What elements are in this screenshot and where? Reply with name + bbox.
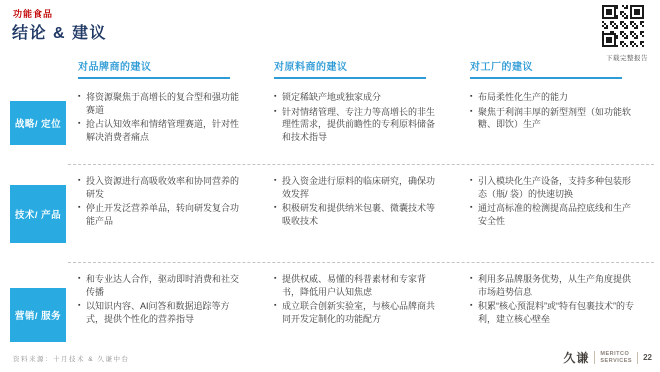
bullet-item: 提供权威、易懂的科普素材和专家背书，降低用户认知焦虑 [274, 273, 440, 298]
bullet-item: 通过高标准的检测提高品控底线和生产安全性 [470, 202, 636, 227]
cell-technology-brands: 投入资源进行高吸收效率和协同营养的研发 停止开发泛营养单品，转向研发复合功能产品 [78, 175, 262, 253]
bullet-item: 积极研发和提供纳米包裹、微囊技术等吸收技术 [274, 202, 440, 227]
table-header-row: 对品牌商的建议 对原料商的建议 对工厂的建议 [10, 58, 654, 79]
bullet-item: 成立联合创新实验室，与核心品牌商共同开发定制化的功能配方 [274, 300, 440, 325]
bullet-item: 聚焦于利润丰厚的新型剂型（如功能软糖、即饮）生产 [470, 106, 636, 131]
column-header-factories: 对工厂的建议 [470, 58, 622, 79]
bullet-item: 以知识内容、AI问答和数据追踪等方式，提供个性化的营养指导 [78, 300, 244, 325]
bullet-item: 利用多品牌服务优势，从生产角度提供市场趋势信息 [470, 273, 636, 298]
bullet-list: 引入模块化生产设备，支持多种包装形态（瓶/ 袋）的快速切换 通过高标准的检测提高… [470, 175, 636, 227]
qr-code-icon [602, 5, 648, 51]
recommendations-table: 对品牌商的建议 对原料商的建议 对工厂的建议 战略/ 定位 将资源聚焦于高增长的… [10, 58, 654, 363]
table-row-technology: 技术/ 产品 投入资源进行高吸收效率和协同营养的研发 停止开发泛营养单品，转向研… [10, 173, 654, 259]
bullet-item: 投入资金进行原料的临床研究，确保功效发挥 [274, 175, 440, 200]
bullet-item: 锁定稀缺产地或独家成分 [274, 91, 440, 104]
bullet-item: 投入资源进行高吸收效率和协同营养的研发 [78, 175, 244, 200]
column-header-brands: 对品牌商的建议 [78, 58, 230, 79]
cell-marketing-brands: 和专业达人合作，驱动即时消费和社交传播 以知识内容、AI问答和数据追踪等方式，提… [78, 273, 262, 357]
cell-technology-ingredients: 投入资金进行原料的临床研究，确保功效发挥 积极研发和提供纳米包裹、微囊技术等吸收… [274, 175, 458, 253]
bullet-list: 布局柔性化生产的能力 聚焦于利润丰厚的新型剂型（如功能软糖、即饮）生产 [470, 91, 636, 131]
bullet-list: 提供权威、易懂的科普素材和专家背书，降低用户认知焦虑 成立联合创新实验室，与核心… [274, 273, 440, 325]
cell-strategy-ingredients: 锁定稀缺产地或独家成分 针对情绪管理、专注力等高增长的非生理性需求，提供前瞻性的… [274, 91, 458, 155]
bullet-list: 投入资金进行原料的临床研究，确保功效发挥 积极研发和提供纳米包裹、微囊技术等吸收… [274, 175, 440, 227]
bullet-list: 利用多品牌服务优势，从生产角度提供市场趋势信息 积累“核心预混料”或“特有包裹技… [470, 273, 636, 325]
bullet-list: 投入资源进行高吸收效率和协同营养的研发 停止开发泛营养单品，转向研发复合功能产品 [78, 175, 244, 227]
cell-marketing-factories: 利用多品牌服务优势，从生产角度提供市场趋势信息 积累“核心预混料”或“特有包裹技… [470, 273, 654, 357]
logo-cn-text: 久谦 [563, 349, 589, 366]
bullet-item: 引入模块化生产设备，支持多种包装形态（瓶/ 袋）的快速切换 [470, 175, 636, 200]
bullet-list: 和专业达人合作，驱动即时消费和社交传播 以知识内容、AI问答和数据追踪等方式，提… [78, 273, 244, 325]
column-header-ingredients: 对原料商的建议 [274, 58, 426, 79]
logo-en-line1: MERITCO [600, 351, 629, 357]
slide: 功能食品 结论 & 建议 下载完整报告 对品牌商的建议 对原料商的建议 对工厂的… [0, 0, 660, 372]
row-label-marketing: 营销/ 服务 [10, 288, 66, 342]
bullet-item: 和专业达人合作，驱动即时消费和社交传播 [78, 273, 244, 298]
category-tag: 功能食品 [13, 7, 53, 20]
logo-divider [637, 352, 638, 364]
bullet-item: 布局柔性化生产的能力 [470, 91, 636, 104]
table-row-strategy: 战略/ 定位 将资源聚焦于高增长的复合型和强功能赛道 抢占认知效率和情绪管理赛道… [10, 89, 654, 161]
cell-technology-factories: 引入模块化生产设备，支持多种包装形态（瓶/ 袋）的快速切换 通过高标准的检测提高… [470, 175, 654, 253]
cell-strategy-brands: 将资源聚焦于高增长的复合型和强功能赛道 抢占认知效率和情绪管理赛道，针对性解决消… [78, 91, 262, 155]
row-label-strategy: 战略/ 定位 [10, 101, 66, 145]
meritco-logo: 久谦 MERITCO SERVICES 22 [563, 349, 652, 366]
bullet-item: 将资源聚焦于高增长的复合型和强功能赛道 [78, 91, 244, 116]
bullet-list: 锁定稀缺产地或独家成分 针对情绪管理、专注力等高增长的非生理性需求，提供前瞻性的… [274, 91, 440, 143]
header-spacer [10, 58, 66, 79]
bullet-item: 针对情绪管理、专注力等高增长的非生理性需求，提供前瞻性的专利原料储备和技术指导 [274, 106, 440, 144]
table-row-marketing: 营销/ 服务 和专业达人合作，驱动即时消费和社交传播 以知识内容、AI问答和数据… [10, 271, 654, 363]
bullet-item: 抢占认知效率和情绪管理赛道，针对性解决消费者痛点 [78, 118, 244, 143]
logo-en-text: MERITCO SERVICES [594, 351, 632, 364]
row-divider [68, 262, 654, 263]
row-divider [68, 164, 654, 165]
bullet-item: 停止开发泛营养单品，转向研发复合功能产品 [78, 202, 244, 227]
cell-marketing-ingredients: 提供权威、易懂的科普素材和专家背书，降低用户认知焦虑 成立联合创新实验室，与核心… [274, 273, 458, 357]
logo-en-line2: SERVICES [600, 358, 632, 364]
row-label-technology: 技术/ 产品 [10, 185, 66, 243]
cell-strategy-factories: 布局柔性化生产的能力 聚焦于利润丰厚的新型剂型（如功能软糖、即饮）生产 [470, 91, 654, 155]
page-number: 22 [643, 353, 652, 362]
bullet-list: 将资源聚焦于高增长的复合型和强功能赛道 抢占认知效率和情绪管理赛道，针对性解决消… [78, 91, 244, 143]
source-note: 资料来源：十月技术 & 久谦中台 [13, 354, 129, 363]
page-title: 结论 & 建议 [12, 20, 107, 43]
bullet-item: 积累“核心预混料”或“特有包裹技术”的专利，建立核心壁垒 [470, 300, 636, 325]
